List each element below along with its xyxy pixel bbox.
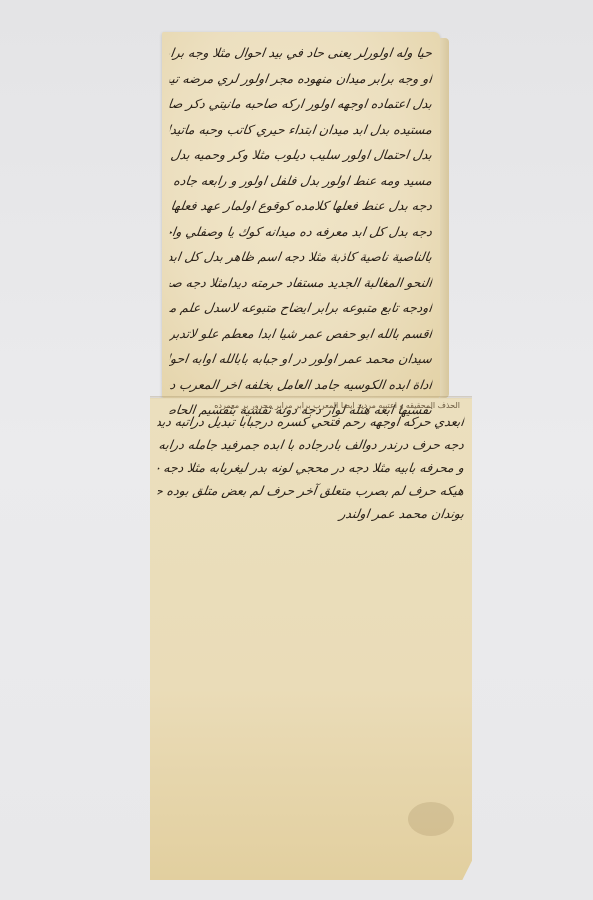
upper-page-text: حيا وله اولورلر يعنى حاد في بيد احوال مث… (170, 40, 432, 423)
manuscript-line: اقسم بالله ابو حفص عمر شيا ابدا معطم علو… (168, 321, 434, 347)
lower-page-header-line: الحذف المحقيقه و اعتبيه مرديد ايضا المعر… (160, 401, 460, 410)
paper-stain (408, 802, 454, 836)
manuscript-line: اداة ابده الكوسيه جامد العامل بخلفه اخر … (168, 372, 434, 398)
manuscript-line: بالناصية ناصية كاذبة مثلا دجه اسم ظاهر ب… (168, 244, 434, 270)
lower-page-text: ابعدي حركه اوجهه رحم فتحي كسره درجبابا ت… (158, 410, 464, 525)
manuscript-line: دجه بدل عنط فعلها كلامده كوقوع اولمار عه… (168, 193, 434, 219)
manuscript-line: مسيد ومه عنط اولور بدل فلفل اولور و رابع… (168, 168, 434, 194)
manuscript-line: هيكه حرف لم بصرب متعلق آخر حرف لم بعض مت… (156, 479, 465, 502)
manuscript-line: او وجه برابر ميدان منهوده مجر اولور لري … (168, 66, 434, 92)
manuscript-line: النحو المغالبة الجديد مستفاد حرمته ديدام… (168, 270, 434, 296)
manuscript-line: دجه بدل كل ابد معرفه ده ميدانه كوك يا وص… (168, 219, 434, 245)
manuscript-line: سيدان محمد عمر اولور در او جبابه بابالله… (168, 346, 434, 372)
manuscript-line: بوندان محمد عمر اولندر (156, 502, 465, 525)
manuscript-line: و محرفه بابيه مثلا دجه در محجي لونه بدر … (156, 456, 465, 479)
manuscript-line: حيا وله اولورلر يعنى حاد في بيد احوال مث… (168, 40, 434, 66)
manuscript-line: مستيده بدل ابد ميدان ابتداء حيري كاتب وح… (168, 117, 434, 143)
manuscript-line: دجه حرف درندر دوالف بادرجاده با ابده جمر… (156, 433, 465, 456)
manuscript-line: بدل اعتماده اوجهه اولور اركه صاحبه مانيت… (168, 91, 434, 117)
manuscript-line: اودجه تابع متبوعه برابر ايضاح متبوعه لاس… (168, 295, 434, 321)
manuscript-line: ابعدي حركه اوجهه رحم فتحي كسره درجبابا ت… (156, 410, 465, 433)
manuscript-line: بدل احتمال اولور سليب ديلوب مثلا وكر وحم… (168, 142, 434, 168)
